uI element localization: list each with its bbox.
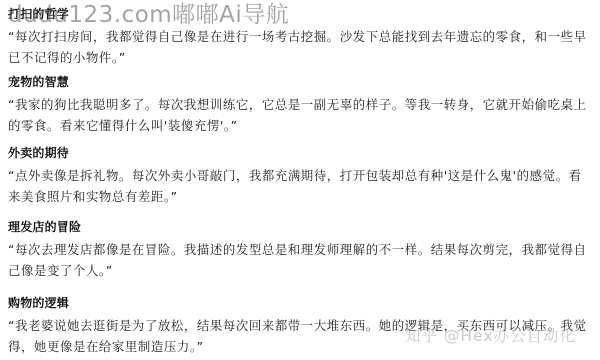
section-text: “每次去理发店都像是在冒险。我描述的发型总是和理发师理解的不一样。结果每次剪完，…	[8, 239, 592, 281]
section-title: 打扫的哲学	[8, 6, 592, 22]
section-title: 购物的逻辑	[8, 295, 592, 311]
section-title: 理发店的冒险	[8, 219, 592, 235]
section-takeout: 外卖的期待 “点外卖像是拆礼物。每次外卖小哥敲门，我都充满期待，打开包装却总有种…	[8, 145, 592, 207]
section-text: “每次打扫房间，我都觉得自己像是在进行一场考古挖掘。沙发下总能找到去年遗忘的零食…	[8, 26, 592, 68]
section-shopping: 购物的逻辑 “我老婆说她去逛街是为了放松，结果每次回来都带一大堆东西。她的逻辑是…	[8, 295, 592, 357]
section-title: 外卖的期待	[8, 145, 592, 161]
section-pet: 宠物的智慧 “我家的狗比我聪明多了。每次我想训练它，它总是一副无辜的样子。等我一…	[8, 74, 592, 136]
section-text: “我老婆说她去逛街是为了放松，结果每次回来都带一大堆东西。她的逻辑是，买东西可以…	[8, 315, 592, 357]
section-text: “我家的狗比我聪明多了。每次我想训练它，它总是一副无辜的样子。等我一转身，它就开…	[8, 94, 592, 136]
section-title: 宠物的智慧	[8, 74, 592, 90]
section-text: “点外卖像是拆礼物。每次外卖小哥敲门，我都充满期待，打开包装却总有种'这是什么鬼…	[8, 165, 592, 207]
section-cleaning: 打扫的哲学 “每次打扫房间，我都觉得自己像是在进行一场考古挖掘。沙发下总能找到去…	[8, 6, 592, 68]
section-barber: 理发店的冒险 “每次去理发店都像是在冒险。我描述的发型总是和理发师理解的不一样。…	[8, 219, 592, 281]
